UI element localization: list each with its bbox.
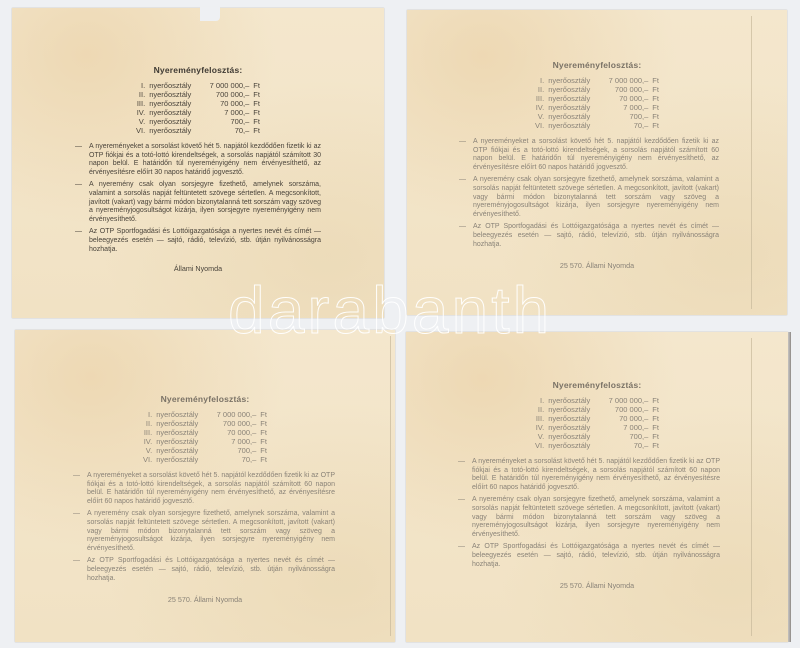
- prize-row: I.nyerőosztály7 000 000,–Ft: [134, 81, 262, 90]
- prize-class-label: nyerőosztály: [546, 121, 592, 130]
- prize-row: V.nyerőosztály700,–Ft: [134, 117, 262, 126]
- prize-class-number: IV.: [533, 423, 546, 432]
- prize-currency: Ft: [650, 396, 661, 405]
- prize-amount: 700 000,–: [200, 419, 258, 428]
- prize-amount: 70,–: [592, 441, 650, 450]
- prize-class-label: nyerőosztály: [147, 108, 193, 117]
- prize-currency: Ft: [258, 455, 269, 464]
- lottery-ticket-back-3: Nyereményfelosztás: I.nyerőosztály7 000 …: [15, 330, 395, 642]
- prize-class-number: I.: [533, 76, 546, 85]
- ticket-edge-shadow: [788, 332, 791, 642]
- prize-class-number: V.: [134, 117, 147, 126]
- prize-currency: Ft: [251, 90, 262, 99]
- terms-paragraphs: —A nyereményeket a sorsolást követő hét …: [459, 138, 719, 249]
- prize-currency: Ft: [251, 126, 262, 135]
- prize-class-number: V.: [141, 446, 154, 455]
- prize-class-number: II.: [533, 405, 546, 414]
- terms-paragraph-payout: —A nyereményeket a sorsolást követő hét …: [458, 458, 720, 492]
- prize-table: I.nyerőosztály7 000 000,–FtII.nyerőosztá…: [533, 76, 661, 130]
- prize-currency: Ft: [251, 99, 262, 108]
- terms-paragraphs: —A nyereményeket a sorsolást követő hét …: [73, 472, 335, 583]
- prize-class-number: I.: [533, 396, 546, 405]
- prize-row: I.nyerőosztály7 000 000,–Ft: [533, 396, 661, 405]
- printer-imprint: 25 570. Állami Nyomda: [456, 581, 738, 590]
- prize-currency: Ft: [650, 112, 661, 121]
- prize-amount: 7 000 000,–: [592, 396, 650, 405]
- printer-imprint: 25 570. Állami Nyomda: [457, 261, 737, 270]
- prize-currency: Ft: [258, 437, 269, 446]
- prize-class-number: III.: [141, 428, 154, 437]
- prize-class-label: nyerőosztály: [546, 85, 592, 94]
- prize-class-number: II.: [134, 90, 147, 99]
- prize-currency: Ft: [650, 423, 661, 432]
- prize-row: IV.nyerőosztály7 000,–Ft: [533, 103, 661, 112]
- terms-paragraph-publicity: —Az OTP Sportfogadási és Lottóigazgatósá…: [459, 223, 719, 249]
- lottery-ticket-back-1: Nyereményfelosztás: I.nyerőosztály7 000 …: [12, 8, 384, 318]
- prize-class-label: nyerőosztály: [546, 94, 592, 103]
- prize-row: VI.nyerőosztály70,–Ft: [533, 441, 661, 450]
- prize-currency: Ft: [251, 117, 262, 126]
- prize-class-label: nyerőosztály: [154, 428, 200, 437]
- prize-distribution-heading: Nyereményfelosztás:: [457, 60, 737, 70]
- terms-paragraph-payout: —A nyereményeket a sorsolást követő hét …: [73, 472, 335, 506]
- prize-currency: Ft: [650, 121, 661, 130]
- prize-row: II.nyerőosztály700 000,–Ft: [141, 419, 269, 428]
- prize-currency: Ft: [650, 76, 661, 85]
- prize-class-number: V.: [533, 432, 546, 441]
- prize-class-label: nyerőosztály: [546, 76, 592, 85]
- prize-class-label: nyerőosztály: [154, 419, 200, 428]
- prize-currency: Ft: [650, 414, 661, 423]
- prize-amount: 70,–: [200, 455, 258, 464]
- prize-class-label: nyerőosztály: [154, 446, 200, 455]
- prize-class-number: VI.: [134, 126, 147, 135]
- terms-paragraph-publicity: —Az OTP Sportfogadási és Lottóigazgatósá…: [73, 557, 335, 583]
- prize-class-label: nyerőosztály: [546, 423, 592, 432]
- prize-class-label: nyerőosztály: [546, 103, 592, 112]
- prize-row: IV.nyerőosztály7 000,–Ft: [141, 437, 269, 446]
- prize-class-label: nyerőosztály: [147, 90, 193, 99]
- prize-row: IV.nyerőosztály7 000,–Ft: [533, 423, 661, 432]
- prize-distribution-heading: Nyereményfelosztás:: [63, 394, 347, 404]
- prize-class-number: IV.: [533, 103, 546, 112]
- prize-class-number: III.: [533, 414, 546, 423]
- prize-row: III.nyerőosztály70 000,–Ft: [134, 99, 262, 108]
- prize-amount: 70 000,–: [592, 414, 650, 423]
- prize-class-label: nyerőosztály: [546, 432, 592, 441]
- lottery-ticket-back-4: Nyereményfelosztás: I.nyerőosztály7 000 …: [406, 332, 788, 642]
- prize-amount: 70 000,–: [193, 99, 251, 108]
- prize-class-number: VI.: [533, 441, 546, 450]
- prize-amount: 700 000,–: [592, 405, 650, 414]
- prize-class-label: nyerőosztály: [154, 410, 200, 419]
- prize-amount: 7 000 000,–: [200, 410, 258, 419]
- prize-row: III.nyerőosztály70 000,–Ft: [533, 94, 661, 103]
- prize-amount: 700,–: [592, 432, 650, 441]
- prize-currency: Ft: [650, 405, 661, 414]
- prize-row: V.nyerőosztály700,–Ft: [141, 446, 269, 455]
- prize-currency: Ft: [258, 419, 269, 428]
- prize-currency: Ft: [258, 428, 269, 437]
- prize-class-label: nyerőosztály: [147, 117, 193, 126]
- prize-amount: 70,–: [193, 126, 251, 135]
- prize-class-label: nyerőosztály: [546, 441, 592, 450]
- prize-class-number: II.: [533, 85, 546, 94]
- prize-distribution-heading: Nyereményfelosztás:: [456, 380, 738, 390]
- prize-class-label: nyerőosztály: [546, 414, 592, 423]
- prize-amount: 7 000,–: [592, 423, 650, 432]
- prize-row: I.nyerőosztály7 000 000,–Ft: [141, 410, 269, 419]
- prize-amount: 7 000,–: [592, 103, 650, 112]
- lottery-ticket-back-2: Nyereményfelosztás: I.nyerőosztály7 000 …: [407, 10, 787, 315]
- prize-currency: Ft: [258, 446, 269, 455]
- prize-row: VI.nyerőosztály70,–Ft: [141, 455, 269, 464]
- prize-class-number: I.: [134, 81, 147, 90]
- prize-row: V.nyerőosztály700,–Ft: [533, 432, 661, 441]
- prize-currency: Ft: [251, 81, 262, 90]
- prize-class-label: nyerőosztály: [154, 437, 200, 446]
- prize-class-label: nyerőosztály: [154, 455, 200, 464]
- prize-distribution-heading: Nyereményfelosztás:: [66, 65, 330, 75]
- prize-class-number: III.: [134, 99, 147, 108]
- prize-amount: 700 000,–: [592, 85, 650, 94]
- prize-amount: 7 000,–: [193, 108, 251, 117]
- prize-amount: 70 000,–: [200, 428, 258, 437]
- prize-amount: 7 000,–: [200, 437, 258, 446]
- prize-row: II.nyerőosztály700 000,–Ft: [533, 405, 661, 414]
- prize-currency: Ft: [650, 432, 661, 441]
- prize-class-label: nyerőosztály: [546, 405, 592, 414]
- prize-amount: 7 000 000,–: [592, 76, 650, 85]
- terms-paragraph-publicity: —Az OTP Sportfogadási és Lottóigazgatósá…: [75, 228, 321, 254]
- terms-paragraphs: —A nyereményeket a sorsolást követő hét …: [458, 458, 720, 569]
- printer-imprint: Állami Nyomda: [66, 264, 330, 273]
- prize-currency: Ft: [650, 85, 661, 94]
- prize-class-label: nyerőosztály: [546, 396, 592, 405]
- prize-table: I.nyerőosztály7 000 000,–FtII.nyerőosztá…: [141, 410, 269, 464]
- prize-row: II.nyerőosztály700 000,–Ft: [533, 85, 661, 94]
- prize-amount: 700,–: [592, 112, 650, 121]
- terms-paragraph-validity: —A nyeremény csak olyan sorsjegyre fizet…: [459, 176, 719, 219]
- terms-paragraph-publicity: —Az OTP Sportfogadási és Lottóigazgatósá…: [458, 543, 720, 569]
- prize-class-number: V.: [533, 112, 546, 121]
- prize-class-number: VI.: [533, 121, 546, 130]
- terms-paragraph-validity: —A nyeremény csak olyan sorsjegyre fizet…: [73, 510, 335, 553]
- prize-row: III.nyerőosztály70 000,–Ft: [141, 428, 269, 437]
- prize-table: I.nyerőosztály7 000 000,–FtII.nyerőosztá…: [134, 81, 262, 135]
- prize-class-number: I.: [141, 410, 154, 419]
- prize-row: III.nyerőosztály70 000,–Ft: [533, 414, 661, 423]
- prize-class-number: III.: [533, 94, 546, 103]
- terms-paragraph-validity: —A nyeremény csak olyan sorsjegyre fizet…: [458, 496, 720, 539]
- prize-currency: Ft: [650, 94, 661, 103]
- prize-amount: 700,–: [193, 117, 251, 126]
- prize-class-label: nyerőosztály: [147, 99, 193, 108]
- prize-class-number: II.: [141, 419, 154, 428]
- prize-class-label: nyerőosztály: [546, 112, 592, 121]
- prize-amount: 700,–: [200, 446, 258, 455]
- prize-class-number: VI.: [141, 455, 154, 464]
- terms-paragraph-payout: —A nyereményeket a sorsolást követő hét …: [75, 143, 321, 177]
- terms-paragraphs: —A nyereményeket a sorsolást követő hét …: [75, 143, 321, 254]
- prize-class-number: IV.: [134, 108, 147, 117]
- prize-class-label: nyerőosztály: [147, 81, 193, 90]
- terms-paragraph-validity: —A nyeremény csak olyan sorsjegyre fizet…: [75, 181, 321, 224]
- prize-amount: 700 000,–: [193, 90, 251, 99]
- prize-amount: 70 000,–: [592, 94, 650, 103]
- torn-notch: [200, 7, 220, 21]
- printer-imprint: 25 570. Állami Nyomda: [63, 595, 347, 604]
- prize-table: I.nyerőosztály7 000 000,–FtII.nyerőosztá…: [533, 396, 661, 450]
- prize-row: VI.nyerőosztály70,–Ft: [134, 126, 262, 135]
- prize-row: VI.nyerőosztály70,–Ft: [533, 121, 661, 130]
- prize-row: IV.nyerőosztály7 000,–Ft: [134, 108, 262, 117]
- prize-currency: Ft: [650, 441, 661, 450]
- prize-class-number: IV.: [141, 437, 154, 446]
- prize-row: II.nyerőosztály700 000,–Ft: [134, 90, 262, 99]
- prize-amount: 7 000 000,–: [193, 81, 251, 90]
- prize-currency: Ft: [650, 103, 661, 112]
- terms-paragraph-payout: —A nyereményeket a sorsolást követő hét …: [459, 138, 719, 172]
- prize-row: I.nyerőosztály7 000 000,–Ft: [533, 76, 661, 85]
- prize-class-label: nyerőosztály: [147, 126, 193, 135]
- prize-currency: Ft: [258, 410, 269, 419]
- prize-currency: Ft: [251, 108, 262, 117]
- prize-amount: 70,–: [592, 121, 650, 130]
- prize-row: V.nyerőosztály700,–Ft: [533, 112, 661, 121]
